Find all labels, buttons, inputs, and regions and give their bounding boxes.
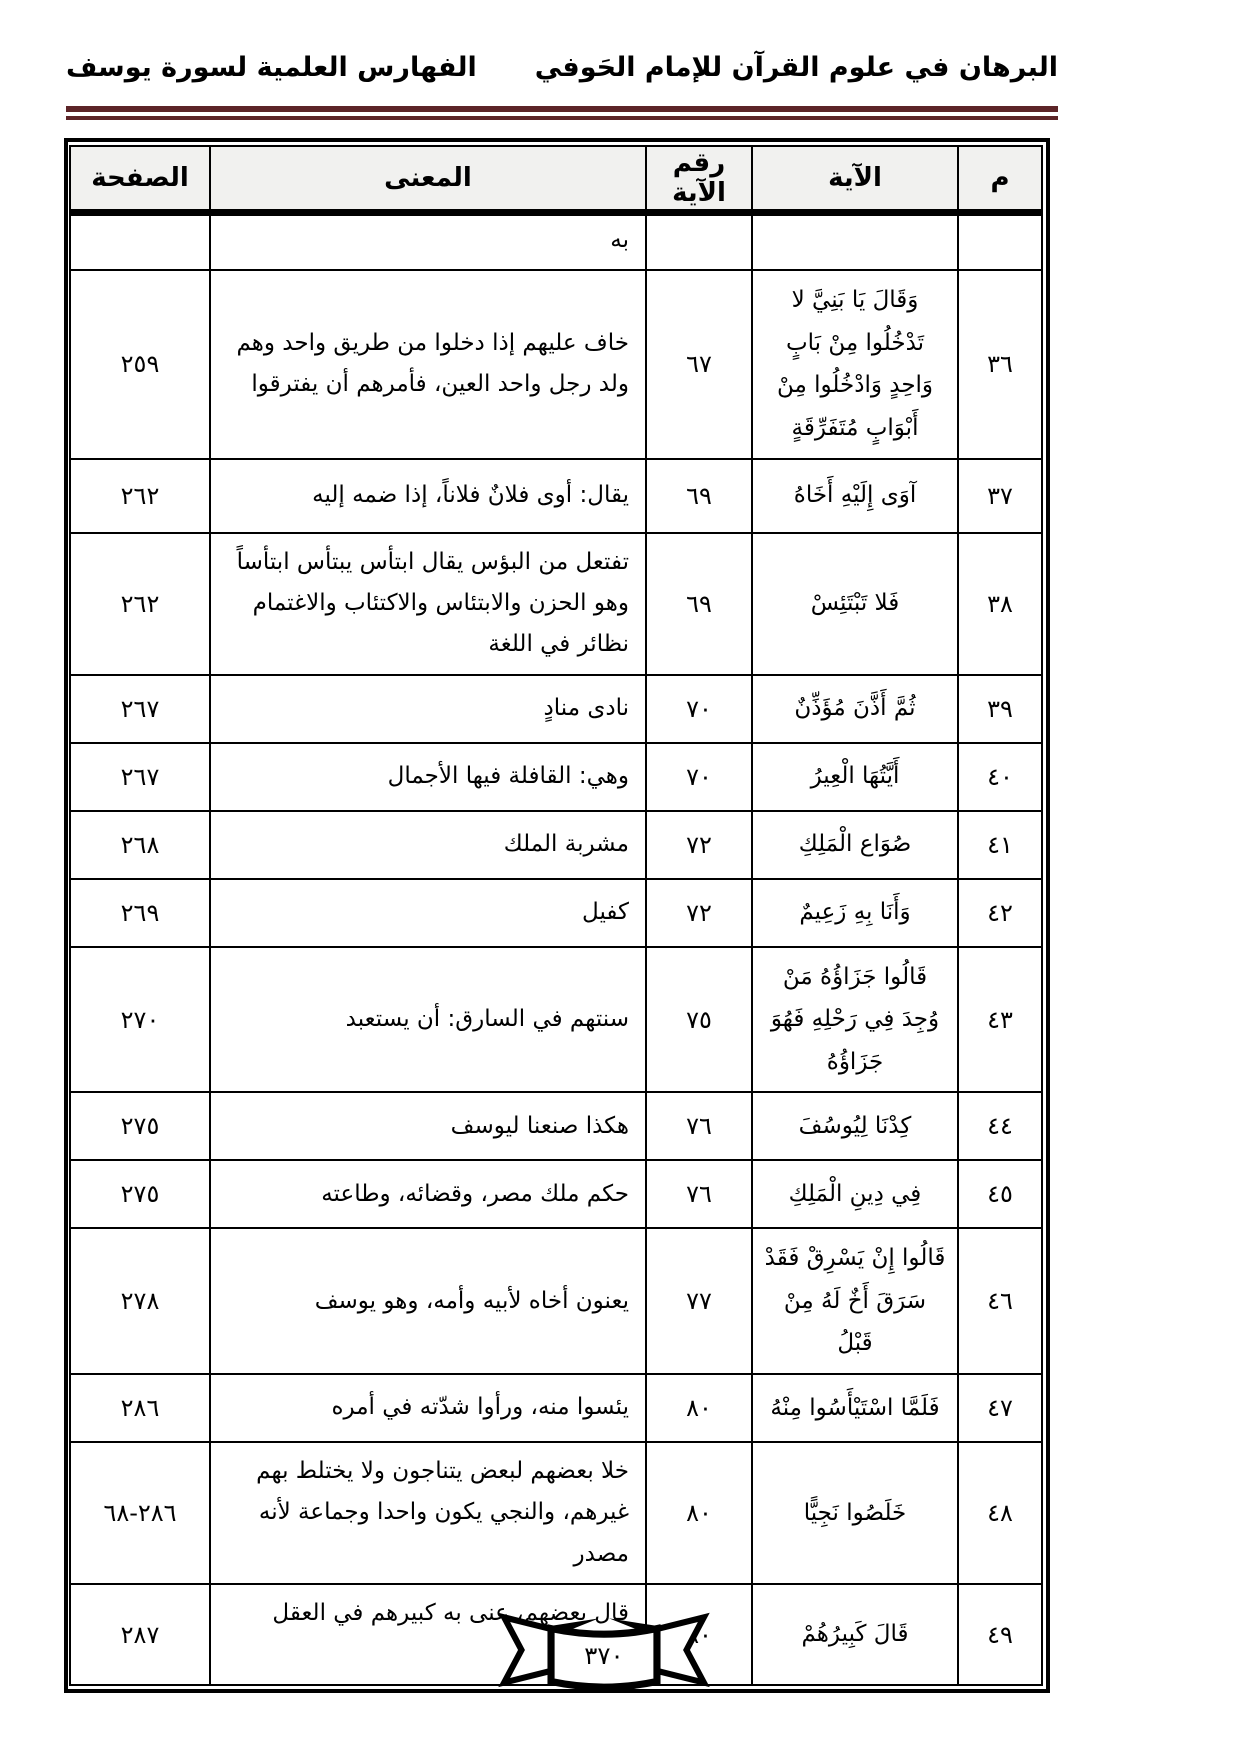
verse-number-cell: ٧٦: [646, 1092, 752, 1160]
row-number-cell: ٤٣: [958, 947, 1042, 1093]
row-number-cell: ٣٩: [958, 675, 1042, 743]
table-row: ٤٠ أَيَّتُهَا الْعِيرُ ٧٠ وهي: القافلة ف…: [70, 743, 1042, 811]
verse-number-cell: ٧٢: [646, 879, 752, 947]
verse-number-cell: ٧٦: [646, 1160, 752, 1228]
page-reference-cell: ٢٦٢: [70, 459, 210, 533]
verse-number-cell: ٧٧: [646, 1228, 752, 1374]
verse-number-cell: ٦٧: [646, 270, 752, 458]
verse-cell: ثُمَّ أَذَّنَ مُؤَذِّنٌ: [752, 675, 958, 743]
verse-cell: قَالُوا إِنْ يَسْرِقْ فَقَدْ سَرَقَ أَخٌ…: [752, 1228, 958, 1374]
row-number-cell: ٤٦: [958, 1228, 1042, 1374]
table-row: ٤٧ فَلَمَّا اسْتَيْأَسُوا مِنْهُ ٨٠ يئسو…: [70, 1374, 1042, 1442]
table-row: ٣٨ فَلا تَبْتَئِسْ ٦٩ تفتعل من البؤس يقا…: [70, 533, 1042, 675]
verse-number-cell: ٨٠: [646, 1442, 752, 1584]
table-row: ٤٥ فِي دِينِ الْمَلِكِ ٧٦ حكم ملك مصر، و…: [70, 1160, 1042, 1228]
page-number-ribbon: ٣٧٠: [494, 1608, 714, 1696]
meaning-cell: حكم ملك مصر، وقضائه، وطاعته: [210, 1160, 646, 1228]
page-reference-cell: ٢٦٩: [70, 879, 210, 947]
table-body: به ٣٦ وَقَالَ يَا بَنِيَّ لا تَدْخُلُوا …: [70, 213, 1042, 1685]
book-title: البرهان في علوم القرآن للإمام الحَوفي: [535, 52, 1058, 83]
glossary-table: م الآية رقم الآية المعنى الصفحة به ٣٦ وَ…: [69, 145, 1043, 1686]
glossary-table-frame: م الآية رقم الآية المعنى الصفحة به ٣٦ وَ…: [64, 138, 1050, 1693]
page-reference-cell: ٢٦٧: [70, 675, 210, 743]
table-row: ٤٣ قَالُوا جَزَاؤُهُ مَنْ وُجِدَ فِي رَح…: [70, 947, 1042, 1093]
book-page: البرهان في علوم القرآن للإمام الحَوفي ال…: [0, 0, 1240, 1754]
header-divider-rule: [66, 106, 1058, 120]
row-number-cell: ٣٦: [958, 270, 1042, 458]
verse-number-cell: [646, 213, 752, 271]
verse-number-cell: ٦٩: [646, 459, 752, 533]
section-title: الفهارس العلمية لسورة يوسف: [66, 52, 477, 83]
table-row: ٤١ صُوَاع الْمَلِكِ ٧٢ مشربة الملك ٢٦٨: [70, 811, 1042, 879]
column-header-meaning: المعنى: [210, 146, 646, 213]
row-number-cell: ٤٢: [958, 879, 1042, 947]
page-reference-cell: ٢٧٠: [70, 947, 210, 1093]
meaning-cell: سنتهم في السارق: أن يستعبد: [210, 947, 646, 1093]
meaning-cell: خاف عليهم إذا دخلوا من طريق واحد وهم ولد…: [210, 270, 646, 458]
verse-number-cell: ٨٠: [646, 1374, 752, 1442]
page-reference-cell: ٢٨٦: [70, 1374, 210, 1442]
table-header-row: م الآية رقم الآية المعنى الصفحة: [70, 146, 1042, 213]
row-number-cell: ٤٧: [958, 1374, 1042, 1442]
verse-number-cell: ٧٢: [646, 811, 752, 879]
verse-cell: قَالُوا جَزَاؤُهُ مَنْ وُجِدَ فِي رَحْلِ…: [752, 947, 958, 1093]
meaning-cell: خلا بعضهم لبعض يتناجون ولا يختلط بهم غير…: [210, 1442, 646, 1584]
page-reference-cell: ٢٨٧: [70, 1584, 210, 1685]
meaning-cell: وهي: القافلة فيها الأجمال: [210, 743, 646, 811]
meaning-cell: كفيل: [210, 879, 646, 947]
table-header: م الآية رقم الآية المعنى الصفحة: [70, 146, 1042, 213]
column-header-page: الصفحة: [70, 146, 210, 213]
page-reference-cell: ٢٧٨: [70, 1228, 210, 1374]
page-reference-cell: ٢٨٦-٦٨: [70, 1442, 210, 1584]
verse-cell: [752, 213, 958, 271]
column-header-verse-number: رقم الآية: [646, 146, 752, 213]
page-reference-cell: [70, 213, 210, 271]
verse-cell: كِدْنَا لِيُوسُفَ: [752, 1092, 958, 1160]
running-head: البرهان في علوم القرآن للإمام الحَوفي ال…: [66, 52, 1058, 83]
meaning-cell: يعنون أخاه لأبيه وأمه، وهو يوسف: [210, 1228, 646, 1374]
page-number: ٣٧٠: [584, 1641, 623, 1670]
table-row: ٣٦ وَقَالَ يَا بَنِيَّ لا تَدْخُلُوا مِن…: [70, 270, 1042, 458]
column-header-verse: الآية: [752, 146, 958, 213]
verse-cell: وَقَالَ يَا بَنِيَّ لا تَدْخُلُوا مِنْ ب…: [752, 270, 958, 458]
verse-cell: آوَى إِلَيْهِ أَخَاهُ: [752, 459, 958, 533]
table-row: ٤٤ كِدْنَا لِيُوسُفَ ٧٦ هكذا صنعنا ليوسف…: [70, 1092, 1042, 1160]
page-reference-cell: ٢٦٧: [70, 743, 210, 811]
meaning-cell: يئسوا منه، ورأوا شدّته في أمره: [210, 1374, 646, 1442]
row-number-cell: ٤٨: [958, 1442, 1042, 1584]
table-row: به: [70, 213, 1042, 271]
verse-number-cell: ٦٩: [646, 533, 752, 675]
verse-number-cell: ٧٥: [646, 947, 752, 1093]
verse-cell: فِي دِينِ الْمَلِكِ: [752, 1160, 958, 1228]
meaning-cell: مشربة الملك: [210, 811, 646, 879]
table-row: ٤٨ خَلَصُوا نَجِيًّا ٨٠ خلا بعضهم لبعض ي…: [70, 1442, 1042, 1584]
row-number-cell: ٤٠: [958, 743, 1042, 811]
page-reference-cell: ٢٧٥: [70, 1092, 210, 1160]
row-number-cell: [958, 213, 1042, 271]
page-reference-cell: ٢٧٥: [70, 1160, 210, 1228]
verse-number-cell: ٧٠: [646, 743, 752, 811]
table-row: ٤٦ قَالُوا إِنْ يَسْرِقْ فَقَدْ سَرَقَ أ…: [70, 1228, 1042, 1374]
meaning-cell: هكذا صنعنا ليوسف: [210, 1092, 646, 1160]
verse-cell: فَلَمَّا اسْتَيْأَسُوا مِنْهُ: [752, 1374, 958, 1442]
meaning-cell: نادى منادٍ: [210, 675, 646, 743]
ribbon-banner-shape: ٣٧٠: [494, 1608, 714, 1696]
meaning-cell: به: [210, 213, 646, 271]
verse-cell: أَيَّتُهَا الْعِيرُ: [752, 743, 958, 811]
verse-cell: صُوَاع الْمَلِكِ: [752, 811, 958, 879]
page-reference-cell: ٢٦٢: [70, 533, 210, 675]
verse-number-cell: ٧٠: [646, 675, 752, 743]
verse-cell: وَأَنَا بِهِ زَعِيمٌ: [752, 879, 958, 947]
row-number-cell: ٤٩: [958, 1584, 1042, 1685]
table-row: ٣٩ ثُمَّ أَذَّنَ مُؤَذِّنٌ ٧٠ نادى منادٍ…: [70, 675, 1042, 743]
row-number-cell: ٤٤: [958, 1092, 1042, 1160]
row-number-cell: ٤١: [958, 811, 1042, 879]
meaning-cell: يقال: أوى فلانٌ فلاناً، إذا ضمه إليه: [210, 459, 646, 533]
table-row: ٤٢ وَأَنَا بِهِ زَعِيمٌ ٧٢ كفيل ٢٦٩: [70, 879, 1042, 947]
column-header-number: م: [958, 146, 1042, 213]
row-number-cell: ٤٥: [958, 1160, 1042, 1228]
row-number-cell: ٣٨: [958, 533, 1042, 675]
table-row: ٣٧ آوَى إِلَيْهِ أَخَاهُ ٦٩ يقال: أوى فل…: [70, 459, 1042, 533]
page-reference-cell: ٢٥٩: [70, 270, 210, 458]
row-number-cell: ٣٧: [958, 459, 1042, 533]
verse-cell: قَالَ كَبِيرُهُمْ: [752, 1584, 958, 1685]
verse-cell: خَلَصُوا نَجِيًّا: [752, 1442, 958, 1584]
page-reference-cell: ٢٦٨: [70, 811, 210, 879]
meaning-cell: تفتعل من البؤس يقال ابتأس يبتأس ابتأساً …: [210, 533, 646, 675]
verse-cell: فَلا تَبْتَئِسْ: [752, 533, 958, 675]
